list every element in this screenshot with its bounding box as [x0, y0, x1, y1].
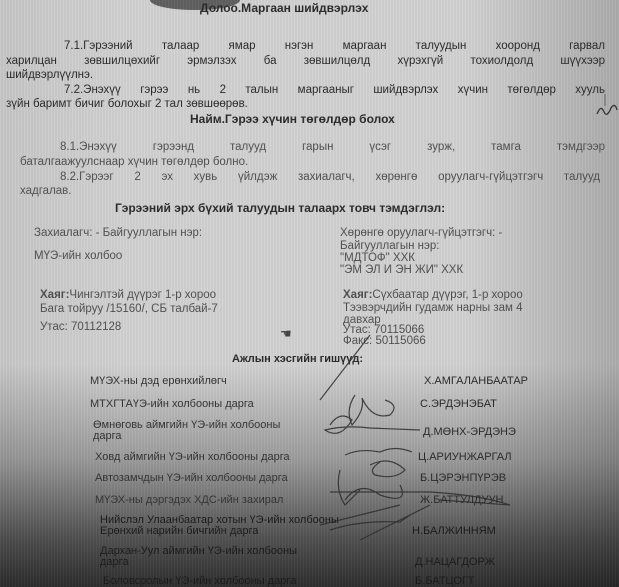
- member-role-cont: Ерөнхий нарийн бичгийн дарга: [100, 525, 258, 538]
- document-photo: Долоо.Маргаан шийдвэрлэх 7.1.Гэрээний та…: [0, 0, 619, 587]
- member-name: Б.БАТЦОГТ: [415, 575, 475, 587]
- p71-line1: 7.1.Гэрээний талаар ямар нэгэн маргаан т…: [64, 40, 605, 53]
- council-title: Ажлын хэсгийн гишүүд:: [232, 353, 363, 366]
- member-name: Д.МӨНХ-ЭРДЭНЭ: [423, 426, 516, 439]
- client-address-line2: Бага тойруу /15160/, СБ талбай-7: [40, 303, 218, 316]
- member-role-cont: дарга: [93, 430, 122, 443]
- member-role: Ховд аймгийн ҮЭ-ийн холбооны дарга: [95, 451, 290, 464]
- investor-label-line1: Хөрөнгө оруулагч-гүйцэтгэгч: -: [340, 227, 502, 240]
- member-name: Ц.АРИУНЖАРГАЛ: [418, 451, 512, 464]
- investor-address-label: Хаяг:: [343, 289, 372, 301]
- member-name: Н.БАЛЖИННЯМ: [412, 525, 496, 538]
- member-role: Автозамчдын ҮЭ-ийн холбооны дарга: [95, 472, 288, 485]
- member-role: МҮЭХ-ны дэд ерөнхийлөгч: [90, 375, 227, 388]
- client-address-line1: Чингэлтэй дүүрэг 1-р хороо: [69, 289, 216, 301]
- member-name: Б.ЦЭРЭНПҮРЭВ: [420, 472, 506, 485]
- member-role: МТХГТАҮЭ-ийн холбооны дарга: [90, 398, 254, 411]
- p72-line2: зүйн баримт бичиг болохыг 2 тал зөвшөөрө…: [6, 98, 248, 111]
- client-phone: Утас: 70112128: [40, 321, 121, 334]
- initials-mark: [595, 92, 619, 122]
- member-role: МҮЭХ-ны дэргэдэх ХДС-ийн захирал: [95, 494, 283, 507]
- p72-line1: 7.2.Энэхүү гэрээ нь 2 талын маргааныг ши…: [64, 84, 605, 97]
- client-label: Захиалагч: - Байгууллагын нэр:: [34, 227, 202, 240]
- investor-name-line2: "ЭМ ЭЛ И ЭН ЖИ" ХХК: [340, 264, 463, 277]
- member-role-cont: дарга: [100, 556, 129, 569]
- hand-cursor-icon: ☚: [280, 326, 292, 342]
- member-name: Ж.БАТТУЛДУУН: [420, 494, 503, 507]
- investor-address-line1: Сүхбаатар дүүрэг, 1-р хороо: [372, 289, 522, 301]
- client-address-label: Хаяг:: [40, 289, 69, 301]
- member-name: Х.АМГАЛАНБААТАР: [424, 375, 528, 388]
- member-name: С.ЭРДЭНЭБАТ: [420, 398, 497, 411]
- p81-line1: 8.1.Энэхүү гэрээнд талууд гарын үсэг зур…: [60, 141, 605, 154]
- p81-line2: баталгаажуулснаар хүчин төгөлдөр болно.: [20, 156, 248, 169]
- p82-line1: 8.2.Гэрээг 2 эх хувь үйлдэж захиалагч, х…: [60, 171, 600, 184]
- client-name: МҮЭ-ийн холбоо: [34, 250, 122, 263]
- section8-title: Найм.Гэрээ хүчин төгөлдөр болох: [190, 113, 395, 126]
- member-role: Боловсролын ҮЭ-ийн холбооны дарга: [103, 575, 296, 587]
- p71-line2: харилцан зөвшилцөхийг эрмэлзэх ба зөвшил…: [6, 55, 605, 68]
- p82-line2: хадгалав.: [20, 185, 71, 198]
- section7-title: Долоо.Маргаан шийдвэрлэх: [200, 2, 368, 15]
- member-name: Д.НАЦАГДОРЖ: [415, 556, 495, 569]
- member-role: Дархан-Уул аймгийн ҮЭ-ийн холбооны: [100, 545, 297, 558]
- p71-line3: шийдвэрлүүлнэ.: [6, 69, 93, 82]
- parties-title: Гэрээний эрх бүхий талуудын талаарх товч…: [115, 202, 445, 215]
- investor-fax: Факс: 50115066: [343, 335, 426, 348]
